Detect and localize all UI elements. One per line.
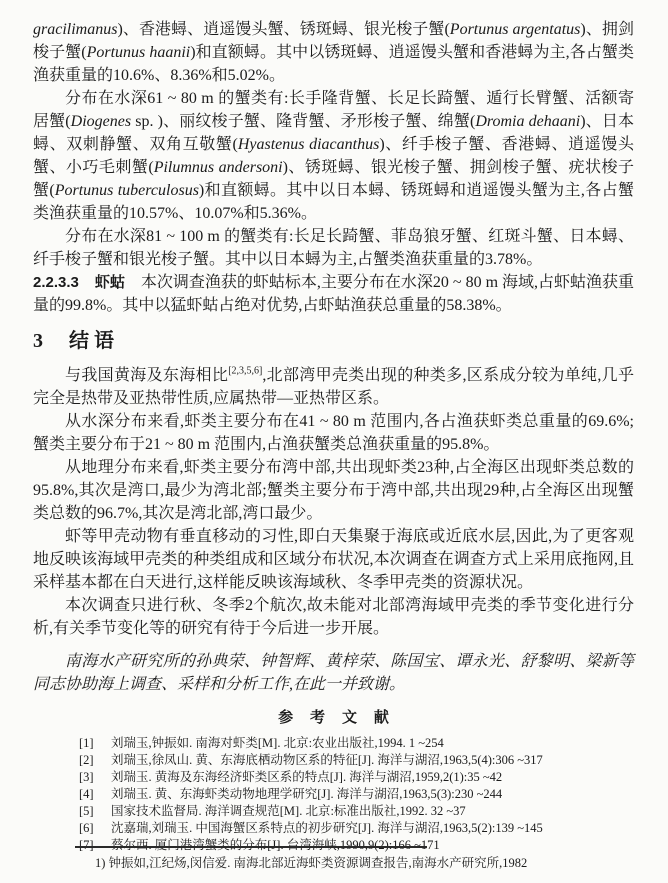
reference-item-1: [1]刘瑞玉,钟振如. 南海对虾类[M]. 北京:农业出版社,1994. 1 ~… [79, 735, 628, 752]
references-list: [1]刘瑞玉,钟振如. 南海对虾类[M]. 北京:农业出版社,1994. 1 ~… [33, 735, 634, 854]
paragraph-crabs-41-60m-continued: gracilimanus)、香港蟳、逍遥馒头蟹、锈斑蟳、银光梭子蟹(Portun… [33, 18, 634, 87]
reference-number: [6] [79, 820, 111, 837]
reference-text: 刘瑞玉. 黄、东海虾类动物地理学研究[J]. 海洋与湖沼,1963,5(3):2… [111, 786, 628, 803]
references-heading: 参 考 文 献 [33, 708, 634, 727]
reference-item-6: [6]沈嘉瑞,刘瑞玉. 中国海蟹区系特点的初步研究[J]. 海洋与湖沼,1963… [79, 820, 628, 837]
paragraph-crabs-81-100m: 分布在水深81 ~ 100 m 的蟹类有:长足长踦蟹、菲岛狼牙蟹、红斑斗蟹、日本… [33, 225, 634, 271]
reference-text: 国家技术监督局. 海洋调查规范[M]. 北京:标准出版社,1992. 32 ~3… [111, 803, 628, 820]
conclusion-paragraph-1: 与我国黄海及东海相比[2,3,5,6],北部湾甲壳类出现的种类多,区系成分较为单… [33, 364, 634, 410]
footnote-block: 1) 钟振如,江纪炀,闵信爱. 南海北部近海虾类资源调查报告,南海水产研究所,1… [33, 846, 634, 871]
reference-text: 刘瑞玉,徐凤山. 黄、东海底栖动物区系的特征[J]. 海洋与湖沼,1963,5(… [111, 752, 628, 769]
reference-text: 刘瑞玉. 黄海及东海经济虾类区系的特点[J]. 海洋与湖沼,1959,2(1):… [111, 769, 628, 786]
section-3-title: 结 语 [69, 330, 114, 352]
reference-number: [3] [79, 769, 111, 786]
section-3-heading: 3结 语 [33, 329, 634, 354]
reference-number: [2] [79, 752, 111, 769]
reference-item-2: [2]刘瑞玉,徐凤山. 黄、东海底栖动物区系的特征[J]. 海洋与湖沼,1963… [79, 752, 628, 769]
reference-item-3: [3]刘瑞玉. 黄海及东海经济虾类区系的特点[J]. 海洋与湖沼,1959,2(… [79, 769, 628, 786]
paragraph-crabs-61-80m: 分布在水深61 ~ 80 m 的蟹类有:长手隆背蟹、长足长踦蟹、遁行长臂蟹、活额… [33, 87, 634, 225]
footnote-text: 1) 钟振如,江纪炀,闵信爱. 南海北部近海虾类资源调查报告,南海水产研究所,1… [95, 855, 634, 871]
acknowledgment-paragraph: 南海水产研究所的孙典荣、钟智辉、黄梓荣、陈国宝、谭永光、舒黎明、梁新等同志协助海… [33, 650, 634, 696]
reference-number: [5] [79, 803, 111, 820]
reference-text: 沈嘉瑞,刘瑞玉. 中国海蟹区系特点的初步研究[J]. 海洋与湖沼,1963,5(… [111, 820, 628, 837]
reference-item-4: [4]刘瑞玉. 黄、东海虾类动物地理学研究[J]. 海洋与湖沼,1963,5(3… [79, 786, 628, 803]
conclusion-paragraph-2: 从水深分布来看,虾类主要分布在41 ~ 80 m 范围内,各占渔获虾类总重量的6… [33, 410, 634, 456]
reference-number: [1] [79, 735, 111, 752]
reference-number: [4] [79, 786, 111, 803]
reference-text: 刘瑞玉,钟振如. 南海对虾类[M]. 北京:农业出版社,1994. 1 ~254 [111, 735, 628, 752]
document-page: gracilimanus)、香港蟳、逍遥馒头蟹、锈斑蟳、银光梭子蟹(Portun… [0, 0, 668, 883]
footnote-divider [75, 846, 427, 848]
section-3-number: 3 [33, 330, 43, 352]
section-2-2-3-3-mantis-shrimp: 2.2.3.3 虾蛄 本次调查渔获的虾蛄标本,主要分布在水深20 ~ 80 m … [33, 271, 634, 317]
conclusion-paragraph-4: 虾等甲壳动物有垂直移动的习性,即白天集聚于海底或近底水层,因此,为了更客观地反映… [33, 525, 634, 594]
conclusion-paragraph-3: 从地理分布来看,虾类主要分布湾中部,共出现虾类23种,占全海区出现虾类总数的95… [33, 456, 634, 525]
reference-item-5: [5]国家技术监督局. 海洋调查规范[M]. 北京:标准出版社,1992. 32… [79, 803, 628, 820]
conclusion-paragraph-5: 本次调查只进行秋、冬季2个航次,故未能对北部湾海域甲壳类的季节变化进行分析,有关… [33, 594, 634, 640]
